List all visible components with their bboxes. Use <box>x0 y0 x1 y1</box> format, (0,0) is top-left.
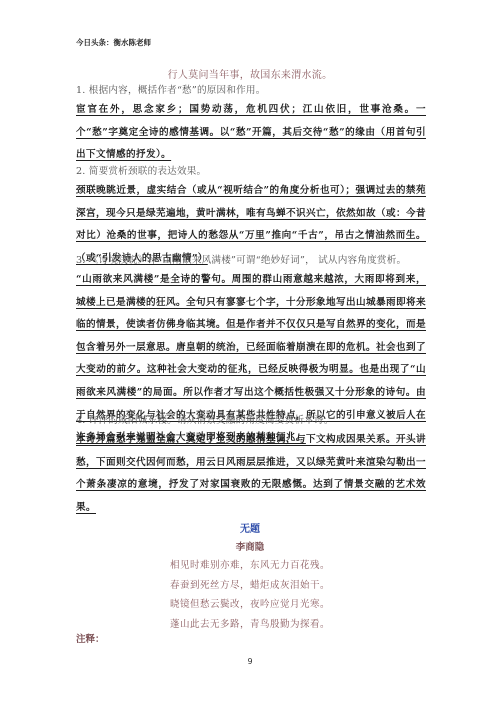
note-label: 注释： <box>76 631 105 645</box>
poem-author: 李商隐 <box>0 539 500 553</box>
page-number: 9 <box>0 657 500 666</box>
question-2: 2. 简要赏析颈联的表达效果。 <box>76 163 426 180</box>
question-1: 1. 根据内容，概括作者“愁”的原因和作用。 <box>76 82 426 99</box>
question-3: 3. 《诗境浅说》评“山雨欲来风满楼”可谓“绝妙好词”， 试从内容角度赏析。 <box>76 252 426 269</box>
poem-line: 相见时难别亦难，东风无力百花残。 <box>0 556 500 576</box>
section-4: 4. 许浑的咸阳城东楼。请从情景交融的角度简要赏析本诗。 本诗开篇愁字笼盖全篇，… <box>76 412 426 519</box>
poem-lines: 相见时难别亦难，东风无力百花残。 春蚕到死丝方尽，蜡炬成灰泪始干。 晓镜但愁云鬓… <box>0 556 500 634</box>
poem-line: 春蚕到死丝方尽，蜡炬成灰泪始干。 <box>0 576 500 596</box>
question-4: 4. 许浑的咸阳城东楼。请从情景交融的角度简要赏析本诗。 <box>76 412 426 429</box>
poem-line: 晓镜但愁云鬓改，夜吟应觉月光寒。 <box>0 595 500 615</box>
header-source: 今日头条：衡水陈老师 <box>76 37 151 48</box>
section-1: 1. 根据内容，概括作者“愁”的原因和作用。 宦官在外，思念家乡；国势动荡，危机… <box>76 82 426 167</box>
poem-title: 无题 <box>0 520 500 535</box>
quote-line: 行人莫问当年事，故国东来渭水流。 <box>0 66 500 81</box>
document-page: 今日头条：衡水陈老师 行人莫问当年事，故国东来渭水流。 1. 根据内容，概括作者… <box>0 0 500 707</box>
answer-4: 本诗开篇愁字笼盖全篇，奠定了全文的感情基调，与下文构成因果关系。开头讲愁，下面则… <box>76 429 426 519</box>
answer-1: 宦官在外，思念家乡；国势动荡，危机四伏；江山依旧，世事沧桑。一个“愁”字奠定全诗… <box>76 99 426 167</box>
poem-line: 蓬山此去无多路，青鸟殷勤为探看。 <box>0 615 500 635</box>
